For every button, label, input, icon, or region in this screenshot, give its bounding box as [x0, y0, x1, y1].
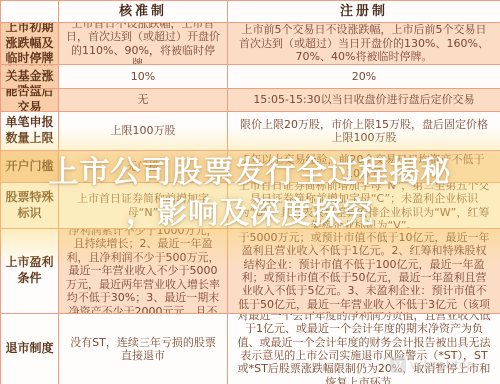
table-cell-approval-single-order-limit: 上限100万股	[59, 112, 228, 151]
row-label-daily-price-limit: 股票及相关基金涨跌幅	[1, 65, 59, 89]
table-cell-registration-account-threshold: 2年以上交易经验，前20个交易日日均资产不低于10万元	[228, 151, 500, 183]
row-label-listing-profit-requirement: 上市盈利条件	[1, 229, 59, 314]
table-cell-registration-single-order-limit: 限价上限20万股，市价上限15万股，盘后固定价格上限100万股	[228, 112, 500, 151]
table-cell-approval-special-stock-marker: 上市首日证券简称前增加字母“N”	[59, 183, 228, 229]
table-cell-approval-delisting-system: 没有ST，连续三年亏损的股票直接退市	[59, 314, 228, 384]
table-cell-registration-listing-profit-requirement: 1、一般盈利企业：近两年均盈利，累计净利润不低于5000万元；或预计市值不低于1…	[228, 229, 500, 314]
table-cell-approval-listing-profit-requirement: 1、最近两年连续盈利，近两年净利润累计不少于1000万元，且持续增长；2、最近一…	[59, 229, 228, 314]
table-cell-approval-account-threshold: 无门槛	[59, 151, 228, 183]
row-label-single-order-limit: 单笔申报数量上限	[1, 112, 59, 151]
table-cell-registration-after-hours-trading: 15:05-15:30以当日收盘价进行盘后定价交易	[228, 89, 500, 112]
table-cell-approval-initial-price-limit: 上市首日不设涨跌幅，上市首日，首次达到（或超过）开盘价的110%、90%，将被临…	[59, 23, 228, 65]
table-cell-registration-special-stock-marker: 上市首日证券简称前增加字母“N”，第二至第五个交易日证券简称前增加字母“C”；未…	[228, 183, 500, 229]
row-label-after-hours-trading: 能否盘后交易	[1, 89, 59, 112]
row-label-delisting-system: 退市制度	[1, 314, 59, 384]
table-cell-registration-daily-price-limit: 20%	[228, 65, 500, 89]
row-label-initial-price-limit: 上市初期涨跌幅及临时停牌	[1, 23, 59, 65]
table-cell-registration-initial-price-limit: 上市前5个交易日不设涨跌幅，上市后前5个交易日首次达到（或超过）当日开盘价的13…	[228, 23, 500, 65]
row-label-special-stock-marker: 股票特殊标识	[1, 183, 59, 229]
table-cell-registration-delisting-system: 对最近一个会计年度的净利润为负值，且营业收入低于1亿元、或最近一个会计年度的期末…	[228, 314, 500, 384]
brand-logo-icon: V	[390, 357, 406, 373]
row-label-account-threshold: 开户门槛	[1, 151, 59, 183]
table-cell-approval-daily-price-limit: 10%	[59, 65, 228, 89]
column-header-registration-system: 注册制	[228, 1, 500, 23]
table-corner-cell	[1, 1, 59, 23]
brand-watermark: V vcbeat.top	[390, 357, 474, 373]
comparison-infographic: 核准制 注册制 上市初期涨跌幅及临时停牌 上市首日不设涨跌幅，上市首日，首次达到…	[0, 0, 500, 384]
table-cell-approval-after-hours-trading: 无	[59, 89, 228, 112]
column-header-approval-system: 核准制	[59, 1, 228, 23]
brand-watermark-text: vcbeat.top	[410, 358, 474, 372]
comparison-table: 核准制 注册制 上市初期涨跌幅及临时停牌 上市首日不设涨跌幅，上市首日，首次达到…	[0, 0, 500, 384]
